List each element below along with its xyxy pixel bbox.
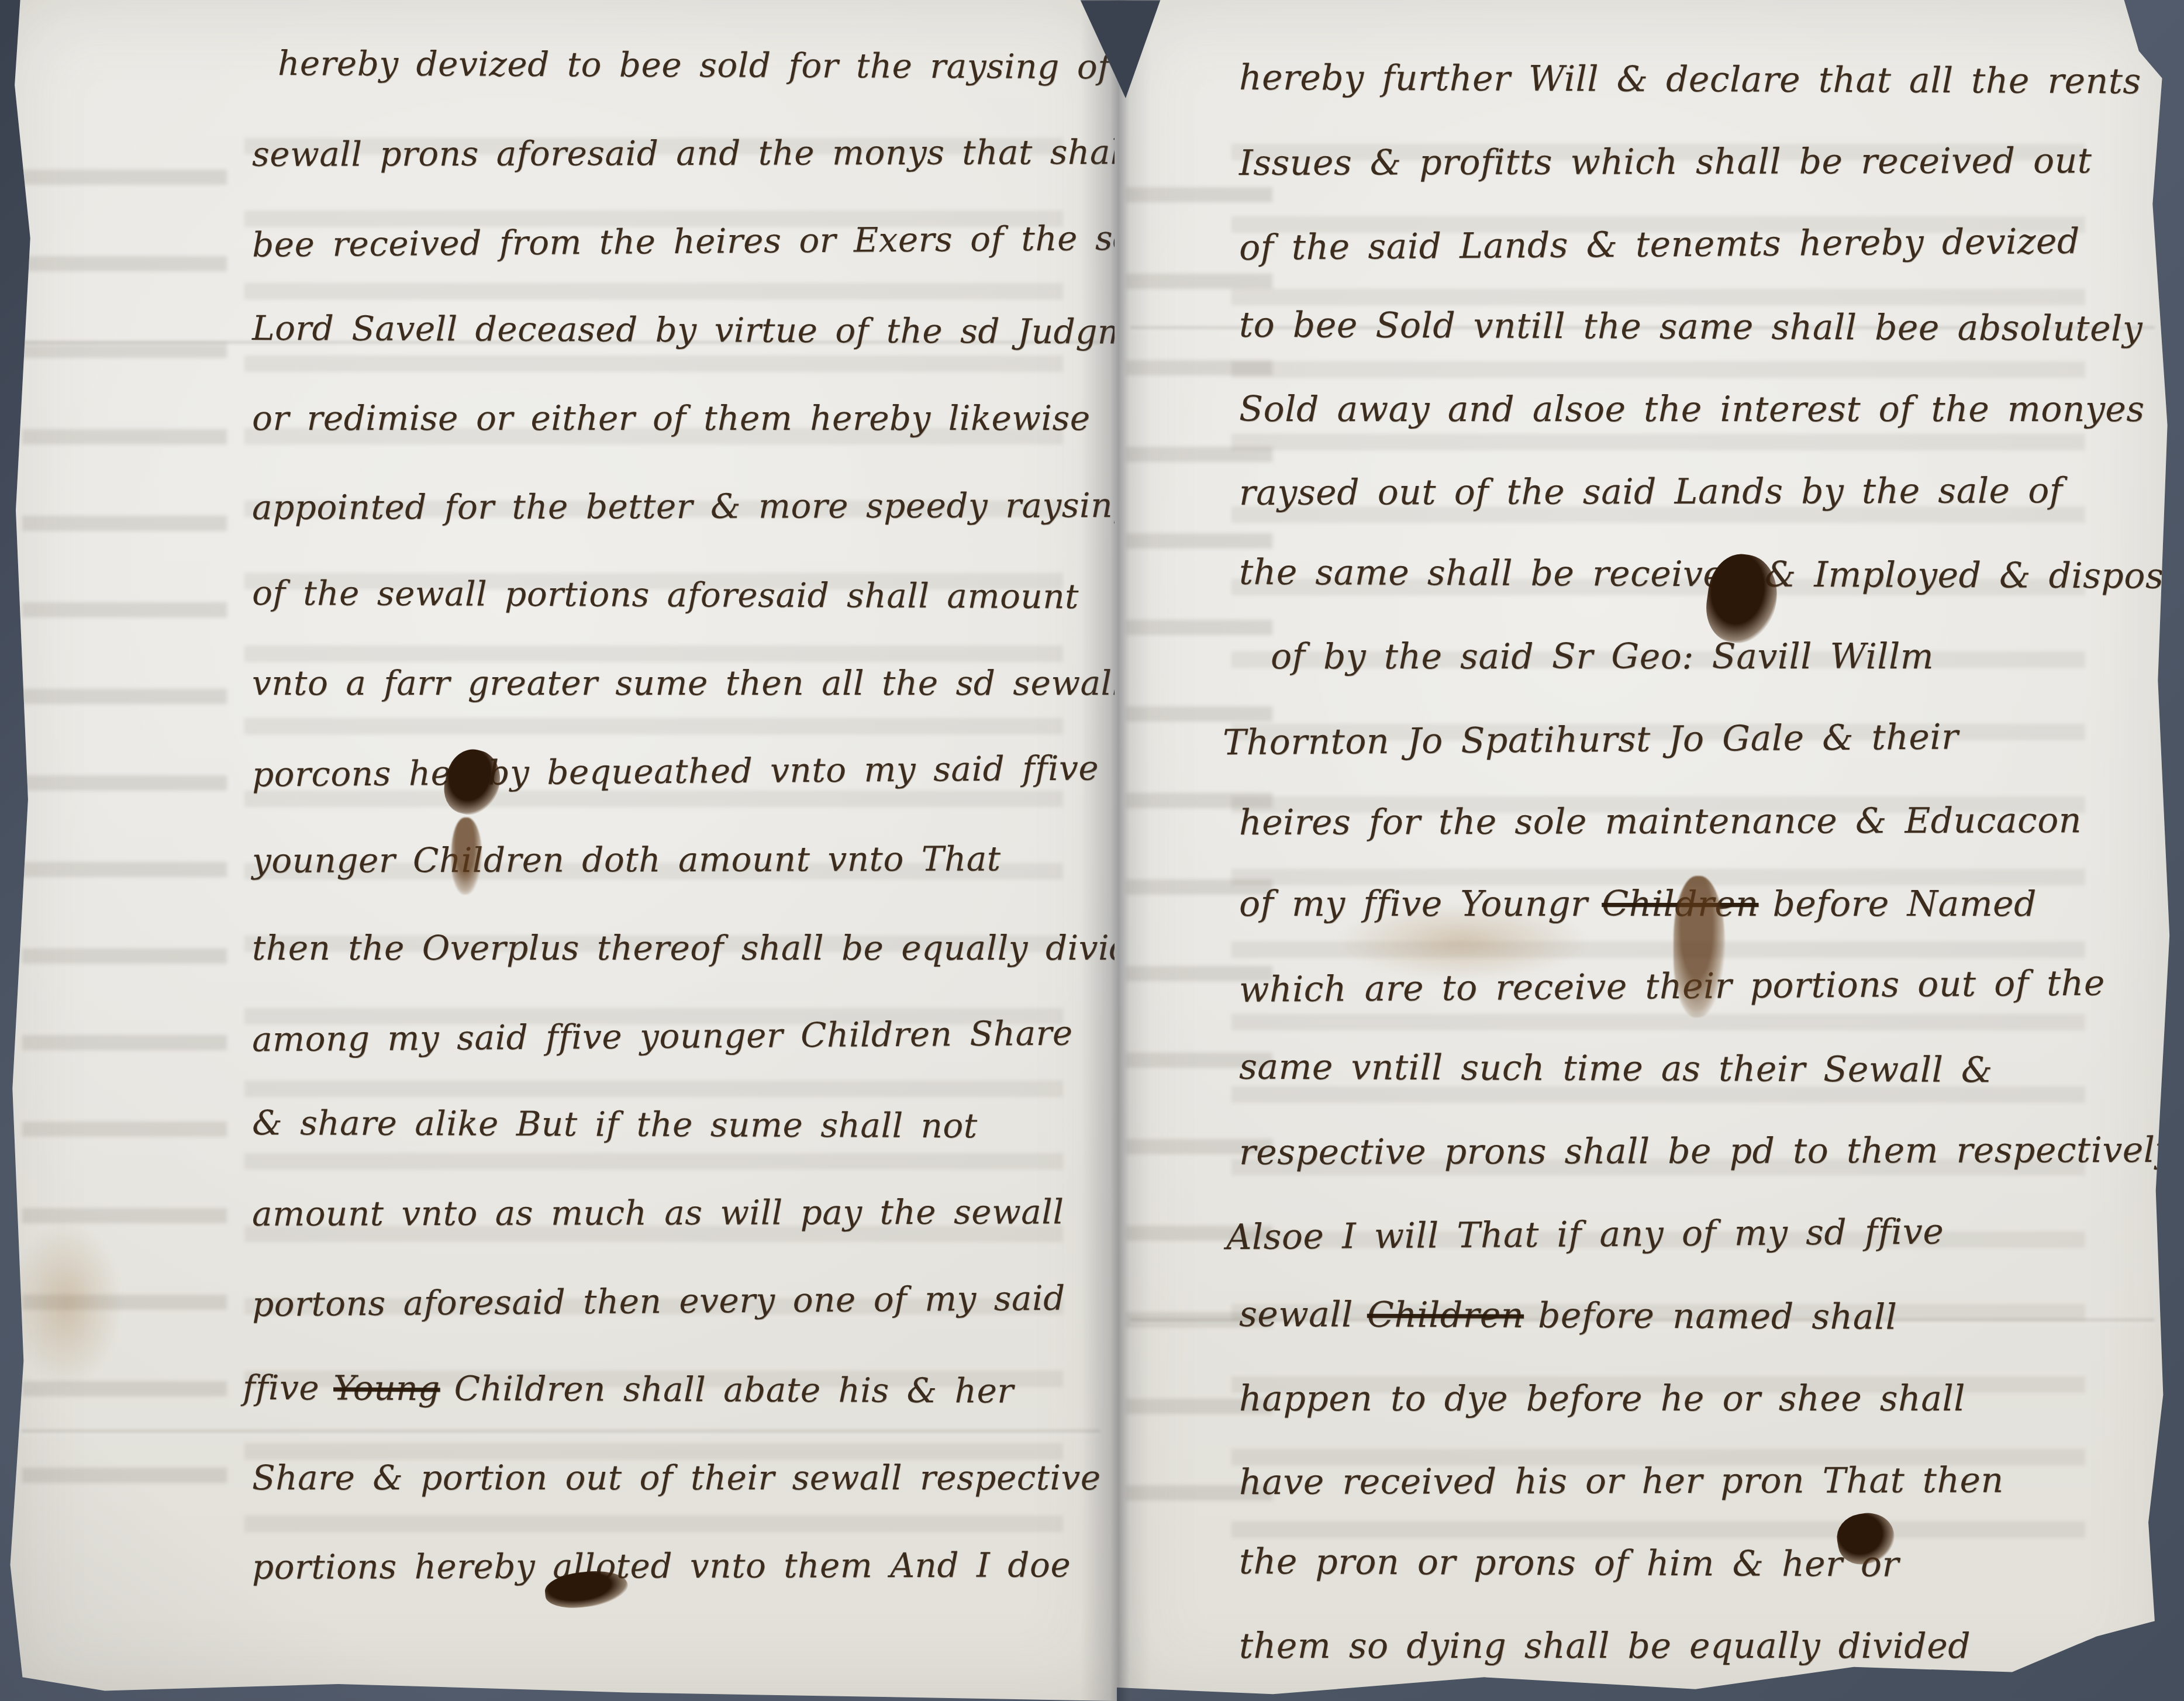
manuscript-line: heires for the sole maintenance & Educac… — [1223, 779, 2147, 864]
line-segment: sewall — [1239, 1293, 1353, 1335]
manuscript-line: happen to dye before he or shee shall — [1223, 1357, 2147, 1440]
manuscript-line: respective prons shall be pd to them res… — [1223, 1109, 2147, 1193]
struck-out-word: Young — [333, 1368, 440, 1408]
manuscript-line: Alsoe I will That if any of my sd ffive — [1222, 1189, 2147, 1278]
manuscript-left-page: hereby devized to bee sold for the raysi… — [5, 0, 1117, 1701]
manuscript-line: hereby further Will & declare that all t… — [1223, 36, 2147, 123]
manuscript-line: portions hereby alloted vnto them And I … — [236, 1520, 1101, 1611]
manuscript-line: & share alike But if the sume shall not — [236, 1078, 1102, 1170]
manuscript-line: Share & portion out of their sewall resp… — [236, 1433, 1101, 1521]
manuscript-text-left: hereby devized to bee sold for the raysi… — [236, 20, 1101, 1610]
manuscript-line: younger Children doth amount vnto That — [236, 814, 1101, 905]
manuscript-line: vnto a farr greater sume then all the sd… — [236, 639, 1101, 727]
manuscript-right-page: hereby further Will & declare that all t… — [1115, 0, 2171, 1701]
manuscript-photo: { "colors": { "background": "#4d5665", "… — [0, 0, 2184, 1701]
manuscript-line: to bee Sold vntill the same shall bee ab… — [1223, 284, 2147, 370]
manuscript-line: among my said ffive younger Children Sha… — [235, 988, 1101, 1084]
manuscript-line: or redimise or either of them hereby lik… — [236, 374, 1101, 462]
manuscript-line-with-strikeout: ffive Young Children shall abate his & h… — [236, 1343, 1102, 1435]
manuscript-line: hereby devized to bee sold for the raysi… — [236, 19, 1102, 111]
manuscript-line: them so dying shall be equally divided — [1223, 1605, 2147, 1687]
line-segment: Children shall abate his & her — [454, 1368, 1013, 1410]
manuscript-line: bee received from the heires or Exers of… — [235, 194, 1101, 289]
manuscript-line: of the sewall portions aforesaid shall a… — [236, 548, 1102, 640]
manuscript-line: portons aforesaid then every one of my s… — [235, 1253, 1101, 1348]
paper-stain — [11, 1222, 122, 1386]
manuscript-line: Thornton Jo Spatihurst Jo Gale & their — [1222, 694, 2147, 784]
line-segment: before named shall — [1538, 1295, 1897, 1337]
manuscript-line: have received his or her pron That then — [1223, 1438, 2147, 1523]
line-segment: of my ffive Youngr — [1239, 884, 1588, 924]
manuscript-line: appointed for the better & more speedy r… — [236, 461, 1101, 551]
struck-out-word: Children — [1367, 1294, 1524, 1336]
manuscript-text-right: hereby further Will & declare that all t… — [1223, 38, 2147, 1687]
manuscript-line: sewall prons aforesaid and the monys tha… — [236, 108, 1101, 198]
manuscript-line: amount vnto as much as will pay the sewa… — [236, 1167, 1101, 1258]
line-segment: ffive — [243, 1367, 319, 1407]
manuscript-line: the pron or prons of him & her or — [1223, 1520, 2147, 1607]
manuscript-line: of the said Lands & tenemts hereby deviz… — [1222, 199, 2147, 289]
manuscript-line: Issues & profitts which shall be receive… — [1223, 119, 2147, 204]
manuscript-line: porcons hereby bequeathed vnto my said f… — [235, 723, 1101, 819]
manuscript-line-with-strikeout: sewall Children before named shall — [1223, 1273, 2147, 1360]
manuscript-line: Sold away and alsoe the interest of the … — [1223, 368, 2147, 450]
manuscript-line: Lord Savell deceased by virtue of the sd… — [236, 284, 1102, 375]
manuscript-line: the same shall be received & Imployed & … — [1223, 531, 2147, 617]
manuscript-line: of by the said Sr Geo: Savill Willm — [1223, 615, 2147, 698]
page-fold-shadow — [1081, 0, 1151, 1701]
manuscript-line: same vntill such time as their Sewall & — [1223, 1026, 2147, 1112]
line-segment: before Named — [1772, 884, 2037, 924]
manuscript-line: raysed out of the said Lands by the sale… — [1223, 449, 2147, 534]
manuscript-line: then the Overplus thereof shall be equal… — [236, 903, 1101, 992]
